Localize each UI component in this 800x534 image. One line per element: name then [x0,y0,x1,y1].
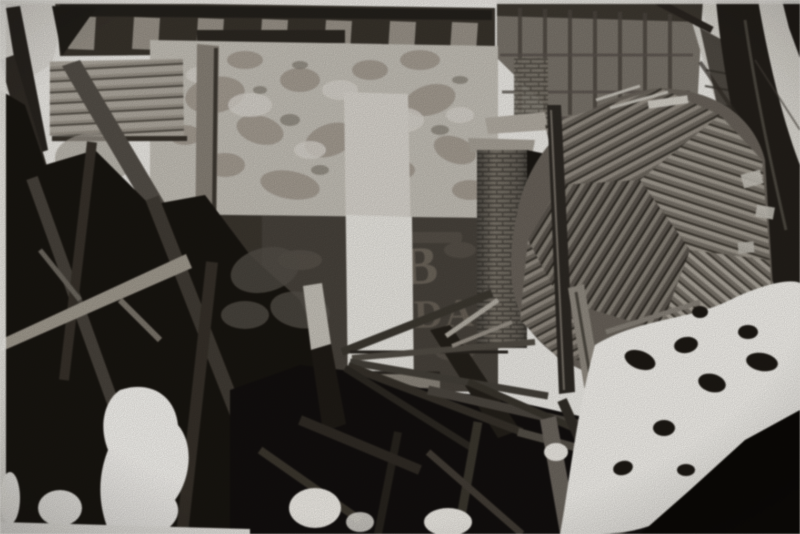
vignette [0,0,800,534]
photograph: B DAL [0,0,800,534]
